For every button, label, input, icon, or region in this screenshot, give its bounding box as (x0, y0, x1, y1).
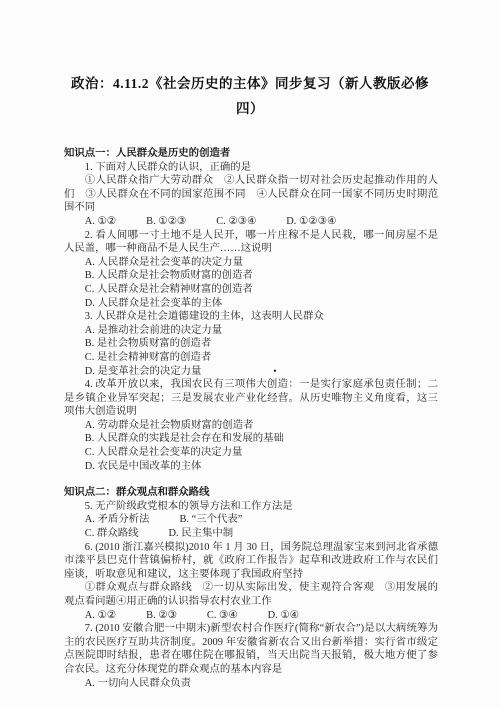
document-title: 政治：4.11.2《社会历史的主体》同步复习（新人教版必修四） (70, 71, 430, 121)
option: A. 一切向人民群众负责 (85, 677, 191, 691)
question-stem: 2. 看人间哪一寸土地不是人民开，哪一片庄稼不是人民栽，哪一间房屋不是人民盖，哪… (64, 229, 438, 256)
question-numbered-items: ①人民群众指广大劳动群众 ②人民群众指一切对社会历史起推动作用的人们 ③人民群众… (64, 174, 438, 215)
option: B. 人民群众的实践是社会存在和发展的基础 (85, 432, 284, 446)
option: A. ①② (85, 215, 116, 229)
section-heading: 知识点二：群众观点和群众路线 (64, 486, 438, 500)
option: D. 农民是中国改革的主体 (85, 460, 202, 474)
section: 知识点二：群众观点和群众路线5. 无产阶级政党根本的领导方法和工作方法是A. 矛… (64, 486, 438, 690)
option-row: A. 矛盾分析法B. “三个代表” (64, 513, 438, 527)
question-stem: 1. 下面对人民群众的认识，正确的是 (64, 161, 438, 175)
option: D. ①②③④ (286, 215, 336, 229)
document-content: 知识点一：人民群众是历史的创造者1. 下面对人民群众的认识，正确的是①人民群众指… (64, 147, 438, 690)
option: D. 人民群众是社会变革的主体 (85, 297, 222, 311)
option-row: C. 人民群众是社会精神财富的创造者 (64, 283, 438, 297)
question-stem: 3. 人民群众是社会道德建设的主体，这表明人民群众 (64, 310, 438, 324)
question-stem: 4. 改革开放以来，我国农民有三项伟大创造：一是实行家庭承包责任制；二是乡镇企业… (64, 378, 438, 419)
option: D. 是变革社会的决定力量 (85, 365, 202, 379)
option-row: A. 是推动社会前进的决定力量 (64, 324, 438, 338)
option: B. 人民群众是社会物质财富的创造者 (85, 269, 253, 283)
option: D. 民主集中制 (169, 527, 234, 541)
option: C. 是社会精神财富的创造者 (85, 351, 211, 365)
option: B. ①②③ (146, 215, 186, 229)
option-row: D. 是变革社会的决定力量• (64, 365, 438, 379)
question-stem: 7. (2010 安徽合肥一中期末)新型农村合作医疗(简称“新农合”)是以大病统… (64, 622, 438, 676)
option: C. 人民群众是社会精神财富的创造者 (85, 283, 253, 297)
option: B. “三个代表” (179, 513, 242, 527)
option-row: B. 人民群众的实践是社会存在和发展的基础 (64, 432, 438, 446)
option: C. ③④ (207, 609, 238, 623)
option-row: A. ①②B. ②③C. ③④D. ①④ (64, 609, 438, 623)
option: A. 矛盾分析法 (85, 513, 150, 527)
option-row: D. 人民群众是社会变革的主体 (64, 297, 438, 311)
option: B. 是社会物质财富的创造者 (85, 337, 211, 351)
section-heading: 知识点一：人民群众是历史的创造者 (64, 147, 438, 161)
option: A. 劳动群众是社会物质财富的创造者 (85, 419, 254, 433)
option: A. 是推动社会前进的决定力量 (85, 324, 222, 338)
option: A. 人民群众是社会变革的决定力量 (85, 256, 243, 270)
option: D. ①④ (268, 609, 299, 623)
option-row: B. 是社会物质财富的创造者 (64, 337, 438, 351)
question-stem: 6. (2010 浙江嘉兴模拟)2010 年 1 月 30 日，国务院总理温家宝… (64, 541, 438, 582)
option: B. ②③ (146, 609, 177, 623)
document-page: 政治：4.11.2《社会历史的主体》同步复习（新人教版必修四） 知识点一：人民群… (0, 0, 500, 707)
option-row: C. 人民群众是社会变革的决定力量 (64, 446, 438, 460)
option-row: A. ①②B. ①②③C. ②③④D. ①②③④ (64, 215, 438, 229)
question-numbered-items: ①群众观点与群众路线 ②一切从实际出发，使主观符合客观 ③用发展的观点看问题④用… (64, 581, 438, 608)
option-row: B. 人民群众是社会物质财富的创造者 (64, 269, 438, 283)
option: A. ①② (85, 609, 116, 623)
option-row: C. 是社会精神财富的创造者 (64, 351, 438, 365)
option-row: A. 劳动群众是社会物质财富的创造者 (64, 419, 438, 433)
option-row: D. 农民是中国改革的主体 (64, 460, 438, 474)
section: 知识点一：人民群众是历史的创造者1. 下面对人民群众的认识，正确的是①人民群众指… (64, 147, 438, 473)
option-row: C. 群众路线D. 民主集中制 (64, 527, 438, 541)
option-row: A. 一切向人民群众负责 (64, 677, 438, 691)
option: C. ②③④ (216, 215, 256, 229)
option: C. 群众路线 (85, 527, 139, 541)
question-stem: 5. 无产阶级政党根本的领导方法和工作方法是 (64, 500, 438, 514)
option-row: A. 人民群众是社会变革的决定力量 (64, 256, 438, 270)
option: C. 人民群众是社会变革的决定力量 (85, 446, 243, 460)
artifact-dot: • (273, 365, 276, 379)
